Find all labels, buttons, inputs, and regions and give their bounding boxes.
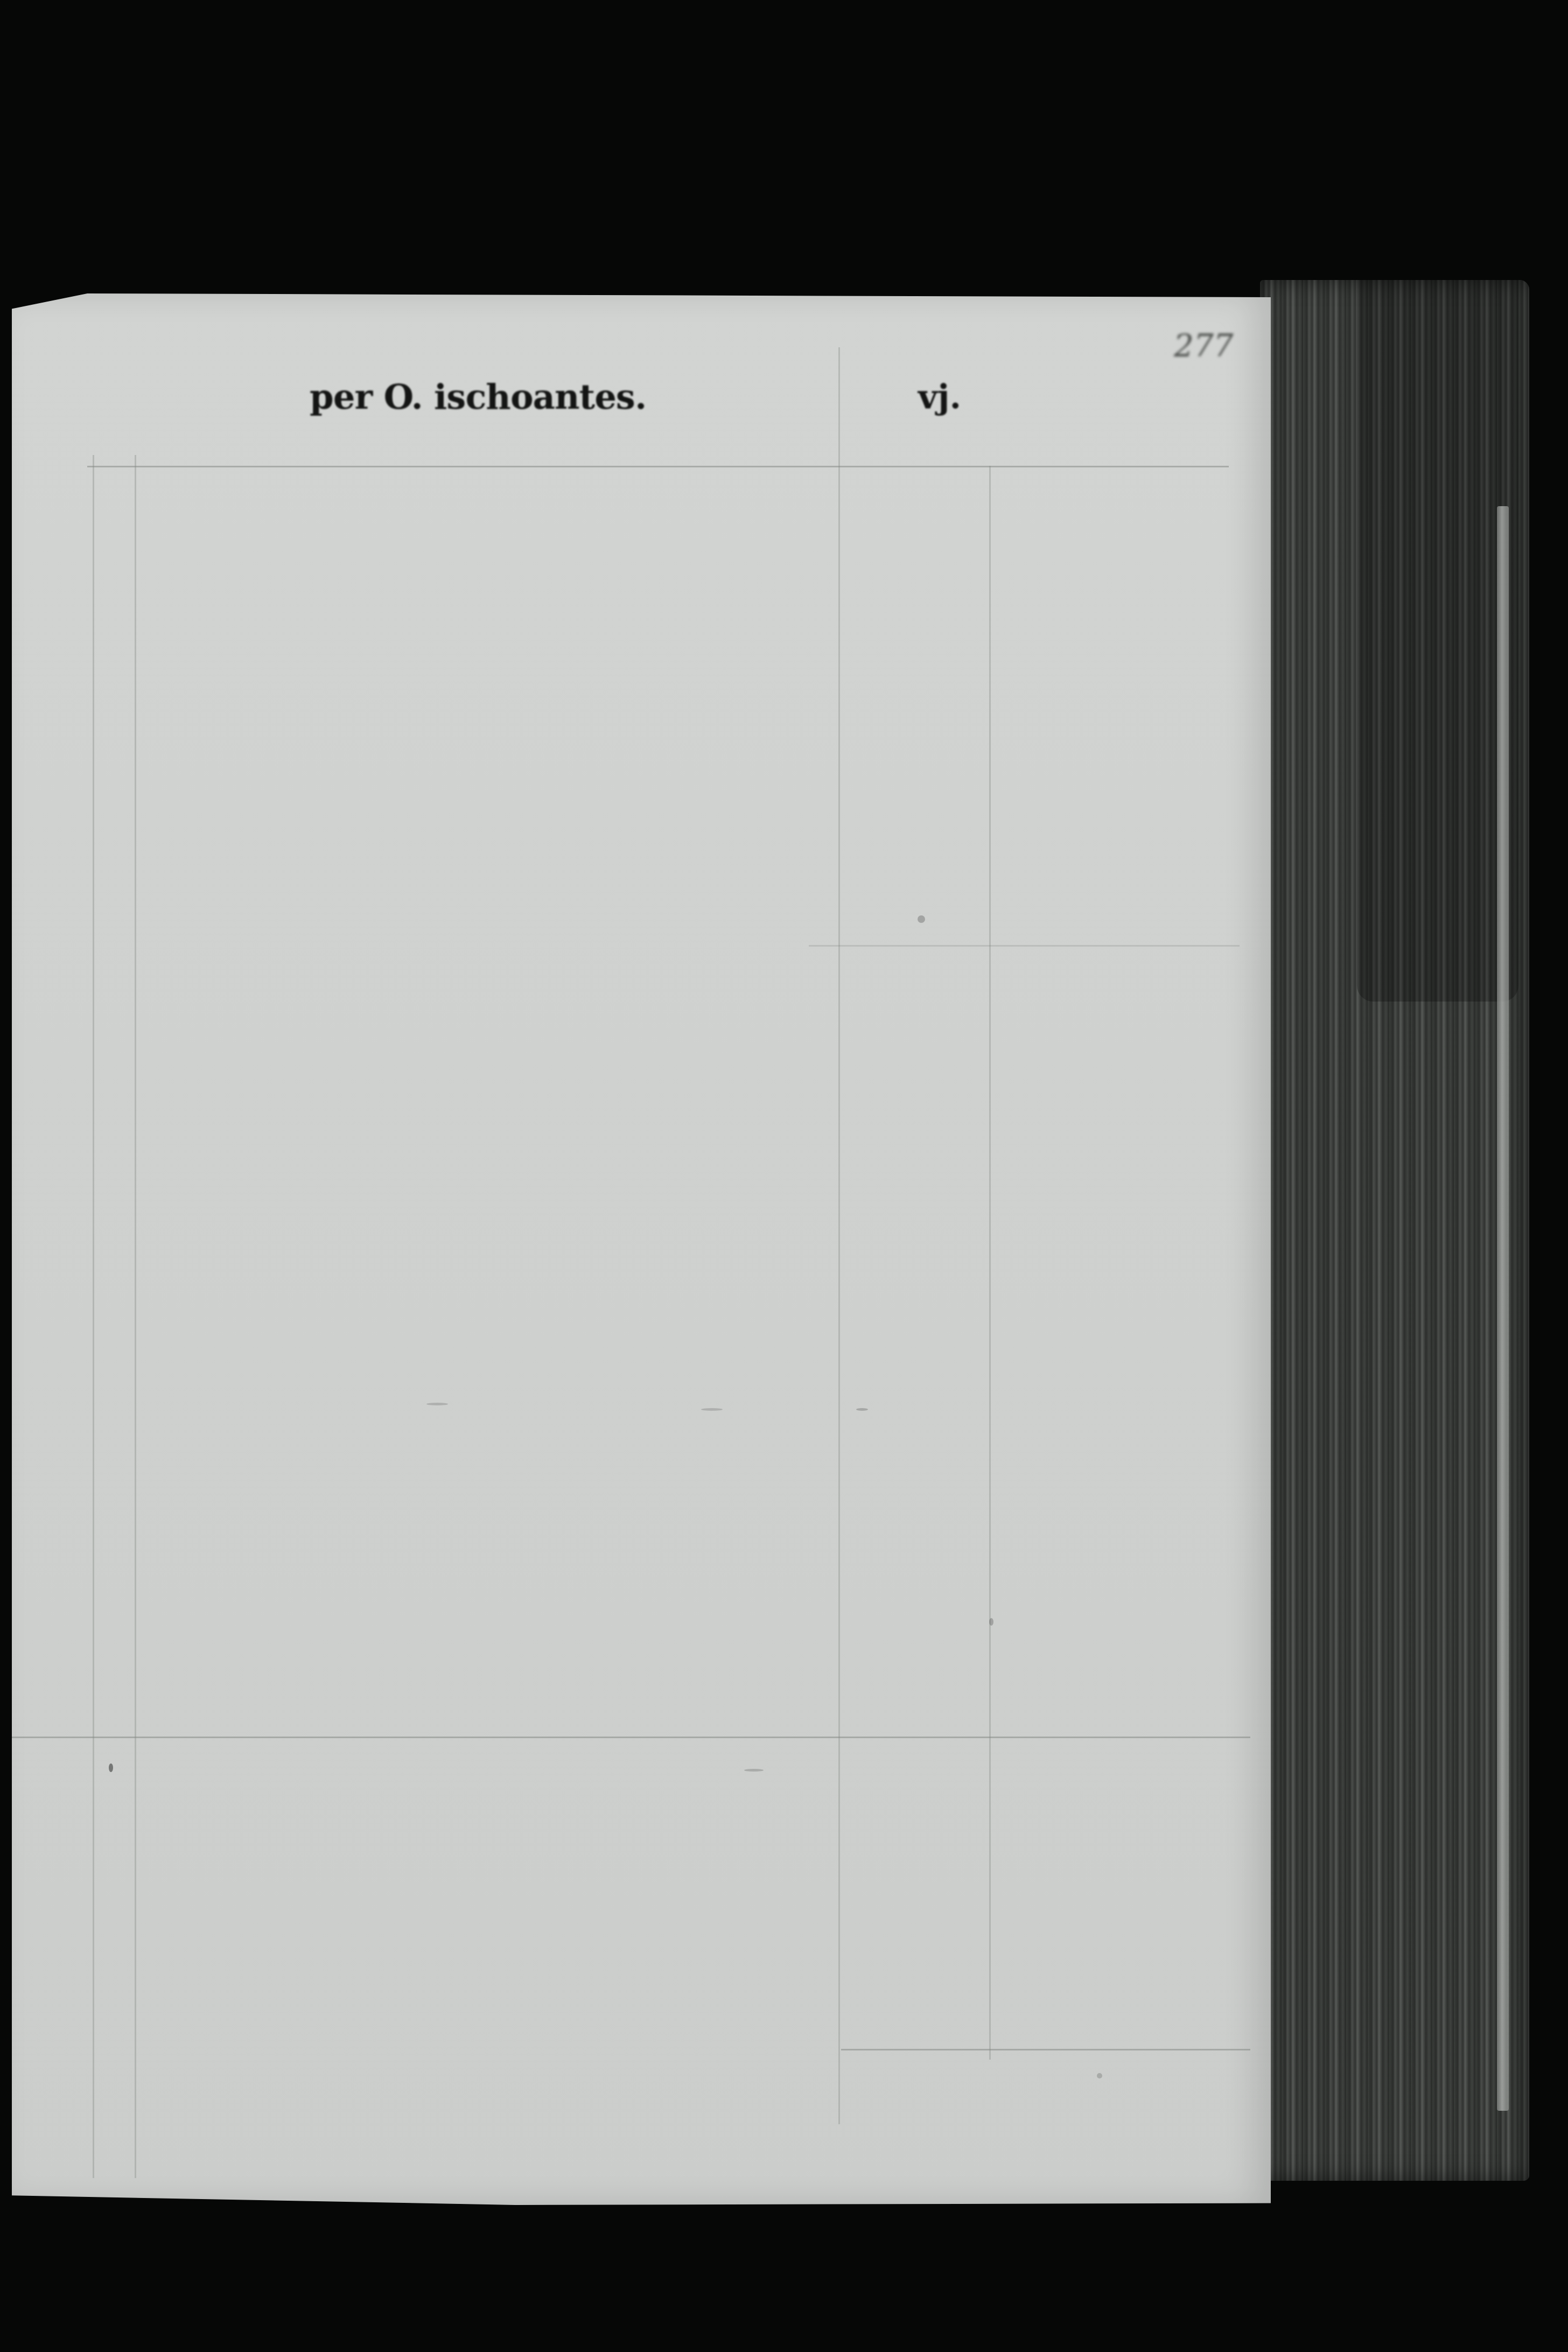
margin-rule-left-outer	[93, 455, 94, 2178]
margin-rule-left-inner	[135, 455, 136, 2178]
ruled-line	[841, 2049, 1250, 2050]
ink-speck	[426, 1403, 448, 1405]
ink-speck	[1097, 2073, 1102, 2078]
ruled-line	[12, 1737, 1250, 1738]
book-fore-edge	[1260, 280, 1529, 2181]
header-rule	[87, 466, 1229, 467]
fore-edge-shadow	[1357, 280, 1518, 1002]
handwritten-page-number: 277	[1174, 327, 1234, 364]
ink-speck	[856, 1408, 868, 1411]
ink-speck	[109, 1763, 113, 1772]
book-page	[12, 293, 1271, 2205]
ink-speck	[744, 1769, 764, 1772]
folio-signature: vj.	[918, 377, 961, 416]
ink-speck	[701, 1408, 723, 1411]
ink-speck	[989, 1618, 993, 1626]
ruled-line	[809, 945, 1240, 947]
ink-speck	[918, 915, 925, 923]
column-rule-right	[989, 466, 991, 2060]
column-rule-center	[838, 347, 840, 2124]
running-head: per O. ischoantes.	[310, 377, 646, 417]
